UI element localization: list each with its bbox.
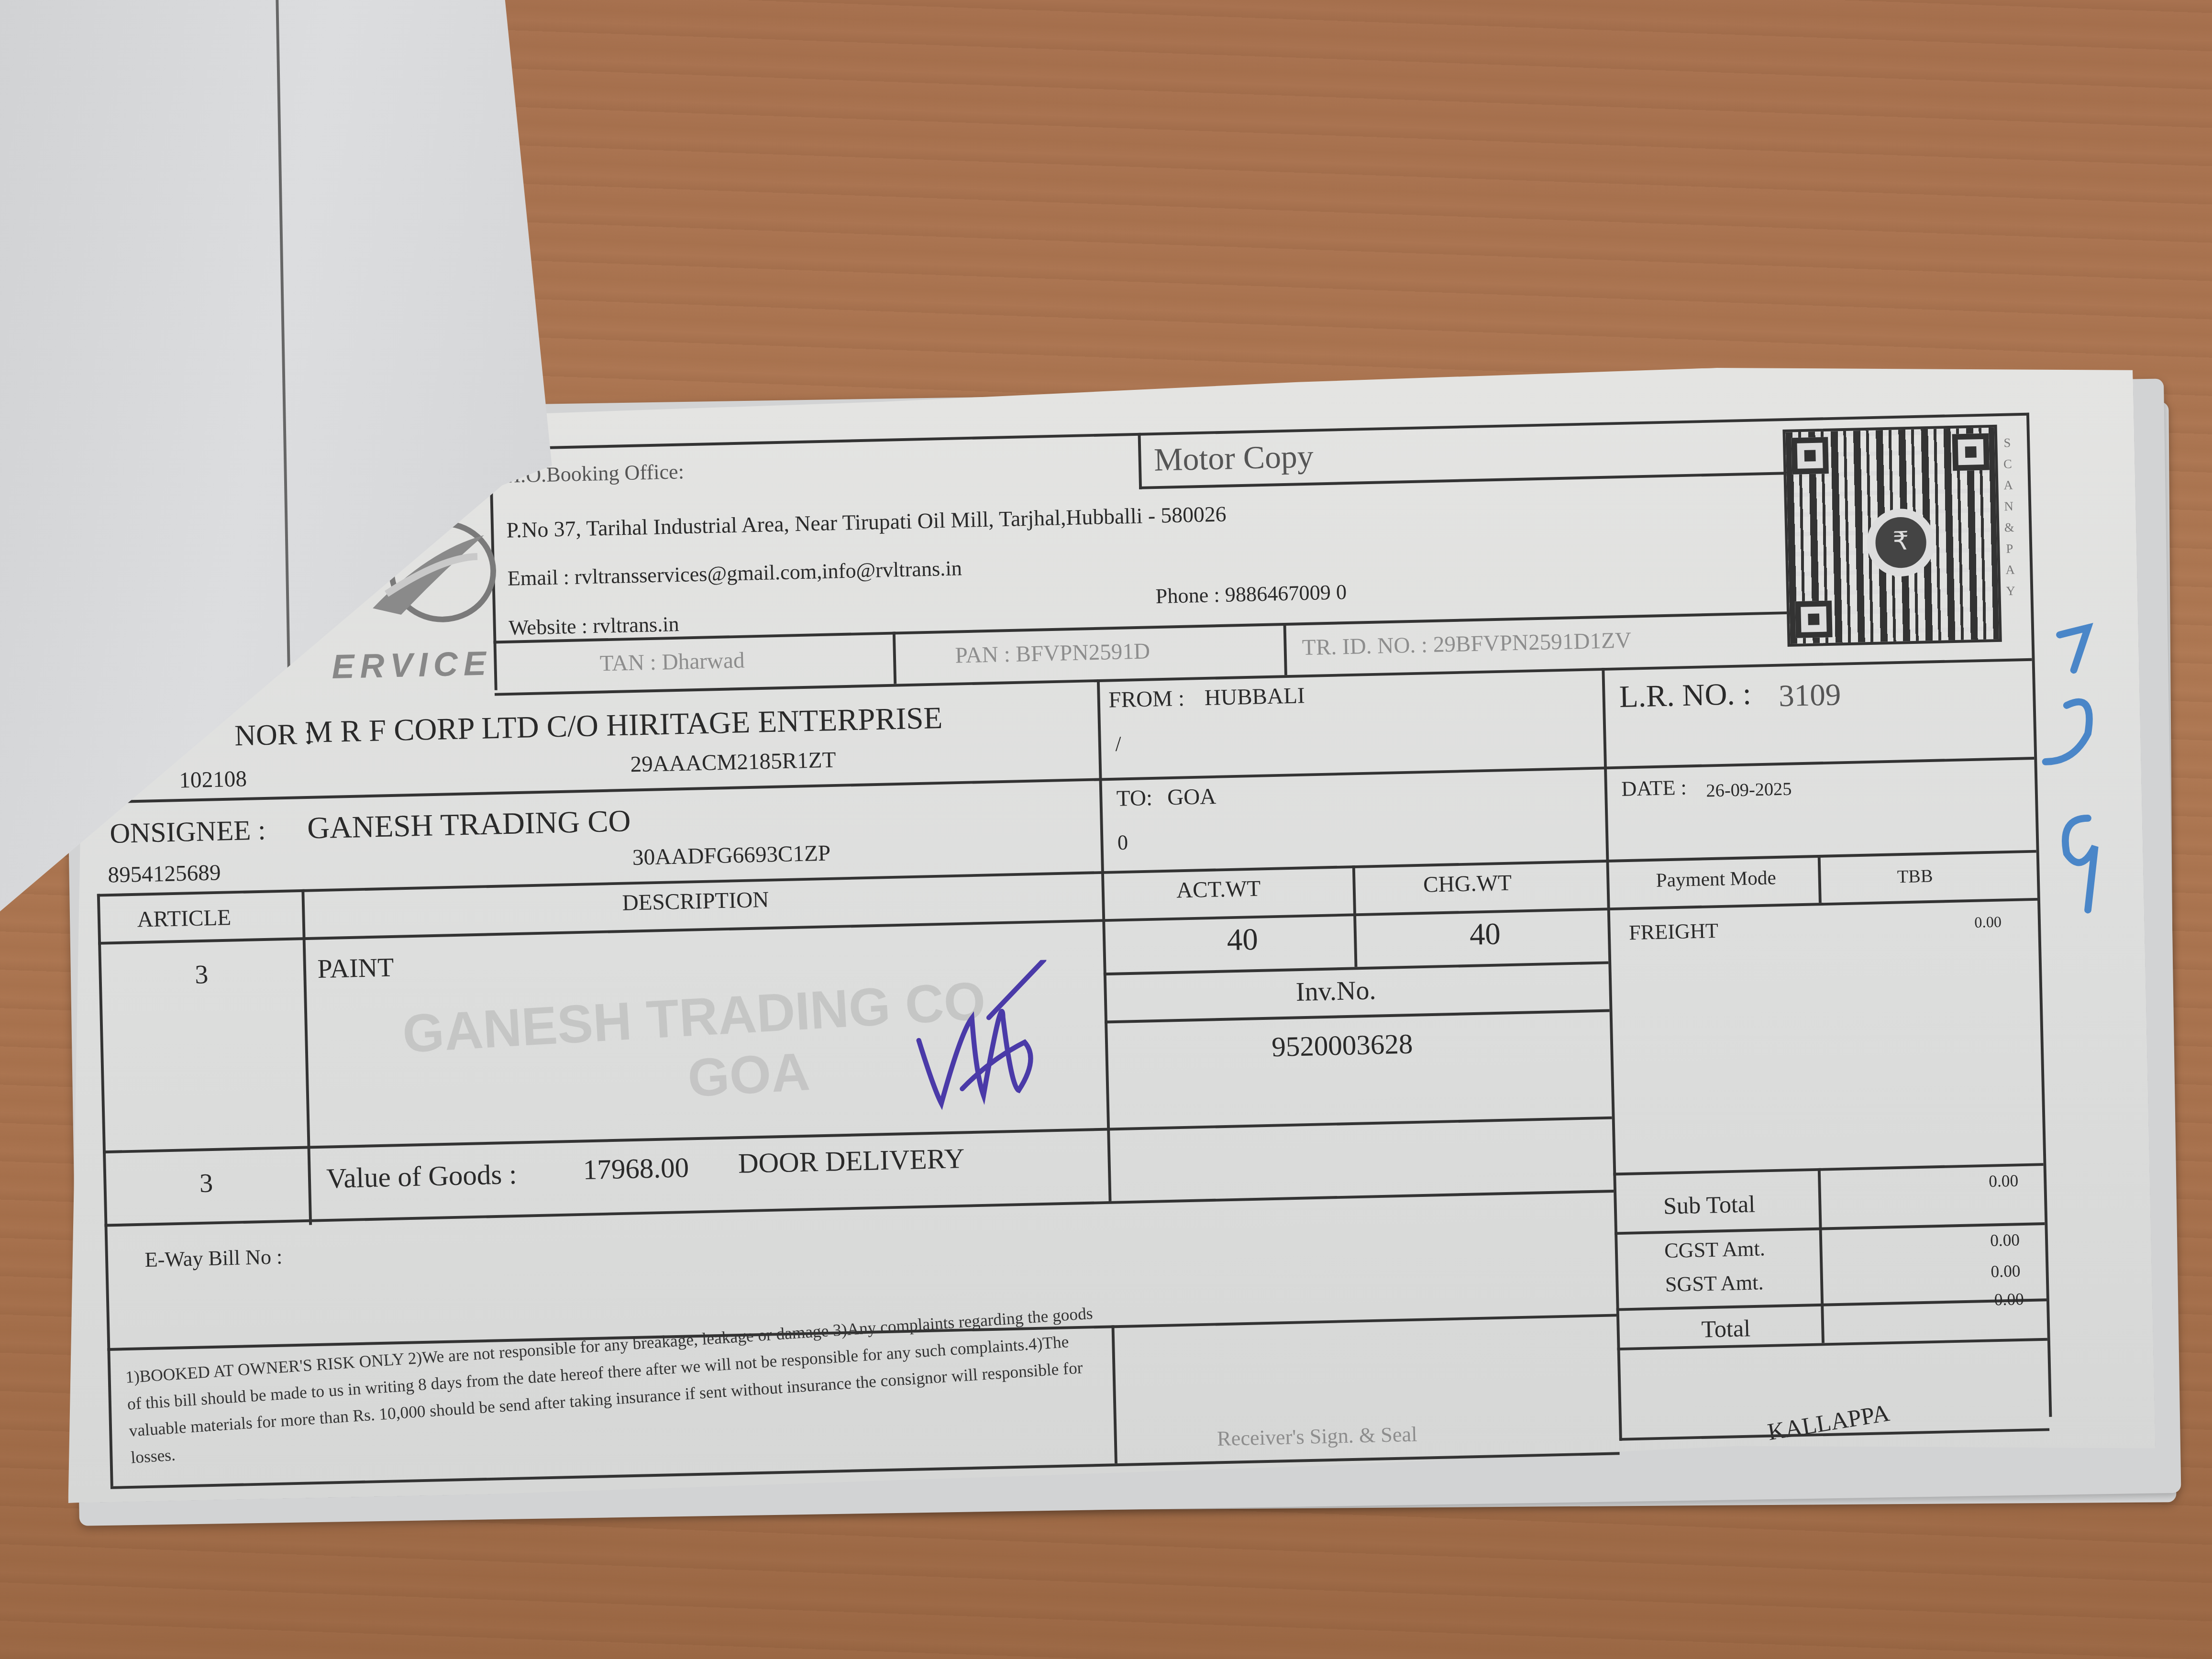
head-office-address: P.No 37, Tarihal Industrial Area, Near T… xyxy=(506,504,1227,542)
total-label: Total xyxy=(1701,1316,1750,1341)
tan-number: TAN : Dharwad xyxy=(599,651,745,676)
act-wt-header: ACT.WT xyxy=(1176,879,1261,903)
value-of-goods-label: Value of Goods : xyxy=(326,1161,517,1194)
cgst-label: CGST Amt. xyxy=(1664,1240,1766,1263)
sgst-label: SGST Amt. xyxy=(1665,1274,1764,1297)
copy-label: Motor Copy xyxy=(1153,440,1314,476)
qr-finder-icon xyxy=(1791,437,1828,474)
freight-label: FREIGHT xyxy=(1629,922,1719,945)
invoice-number-label: Inv.No. xyxy=(1295,978,1376,1006)
consignee-gstin: 30AADFG6693C1ZP xyxy=(632,843,831,871)
tr-id-number: TR. ID. NO. : 29BFVPN2591D1ZV xyxy=(1302,630,1632,661)
total-article-count: 3 xyxy=(199,1171,213,1198)
qr-side-text: SC AN &P AY xyxy=(1999,433,2019,603)
to-location: GOA xyxy=(1167,787,1217,810)
delivery-type: DOOR DELIVERY xyxy=(738,1145,965,1179)
description-header: DESCRIPTION xyxy=(622,890,769,916)
booking-incharge-name: KALLAPPA xyxy=(1766,1401,1891,1444)
to-label: TO: xyxy=(1116,788,1152,812)
receiver-sign-label: Receiver's Sign. & Seal xyxy=(1217,1426,1417,1451)
handwritten-note xyxy=(2032,607,2130,917)
value-of-goods: 17968.00 xyxy=(583,1154,689,1185)
article-header: ARTICLE xyxy=(137,908,231,933)
qr-finder-icon xyxy=(1795,600,1832,638)
terms-and-conditions: 1)BOOKED AT OWNER'S RISK ONLY 2)We are n… xyxy=(107,1325,1115,1486)
consignee-name: GANESH TRADING CO xyxy=(307,806,631,844)
item-description: PAINT xyxy=(317,955,394,984)
consignee-stamp: GANESH TRADING CO GOA xyxy=(401,973,991,1127)
qr-finder-icon xyxy=(1952,433,1990,471)
lr-number-label: L.R. NO. : xyxy=(1619,679,1751,713)
sub-total-amount: 0.00 xyxy=(1989,1172,2019,1190)
consignee-phone: 8954125689 xyxy=(108,863,221,888)
company-logo-text: ERVICE xyxy=(332,648,492,685)
freight-amount: 0.00 xyxy=(1974,916,2002,932)
photo-stage: ERVICE H.O.Booking Office: Motor Copy P.… xyxy=(0,0,2212,1659)
consignor-gstin: 29AAACM2185R1ZT xyxy=(630,750,836,777)
pan-number: PAN : BFVPN2591D xyxy=(955,641,1150,668)
chg-wt-header: CHG.WT xyxy=(1423,873,1512,897)
from-extra: / xyxy=(1115,735,1121,757)
total-amount: 0.00 xyxy=(1994,1291,2024,1308)
consignee-signature xyxy=(903,960,1062,1118)
consignee-label: ONSIGNEE : xyxy=(110,817,266,848)
consignor-name: M R F CORP LTD C/O HIRITAGE ENTERPRISE xyxy=(305,703,943,748)
payment-mode-header: Payment Mode xyxy=(1656,870,1776,893)
sgst-amount: 0.00 xyxy=(1991,1262,2021,1280)
head-office-phone: Phone : 9886467009 0 xyxy=(1155,583,1347,608)
item-actual-weight: 40 xyxy=(1227,924,1258,956)
paper-fold-line xyxy=(275,0,292,762)
item-article-count: 3 xyxy=(195,962,209,989)
cgst-amount: 0.00 xyxy=(1990,1231,2020,1249)
date-label: DATE : xyxy=(1621,779,1687,801)
upi-qr-code-icon[interactable]: ₹ xyxy=(1782,425,2002,647)
sub-total-label: Sub Total xyxy=(1663,1192,1756,1218)
invoice-number: 9520003628 xyxy=(1272,1030,1413,1062)
from-label: FROM : xyxy=(1108,689,1185,713)
payment-mode-value: TBB xyxy=(1897,866,1933,885)
lr-date: 26-09-2025 xyxy=(1706,779,1792,799)
rupee-pay-icon: ₹ xyxy=(1866,508,1935,577)
from-location: HUBBALI xyxy=(1204,686,1305,711)
consignor-phone: 102108 xyxy=(179,769,247,793)
lr-number: 3109 xyxy=(1779,679,1841,712)
head-office-email: Email : rvltransservices@gmail.com,info@… xyxy=(508,560,962,591)
item-charged-weight: 40 xyxy=(1469,918,1501,950)
eway-bill-label: E-Way Bill No : xyxy=(144,1248,283,1272)
consignor-label: NOR : xyxy=(234,720,313,752)
to-extra: 0 xyxy=(1117,834,1128,855)
